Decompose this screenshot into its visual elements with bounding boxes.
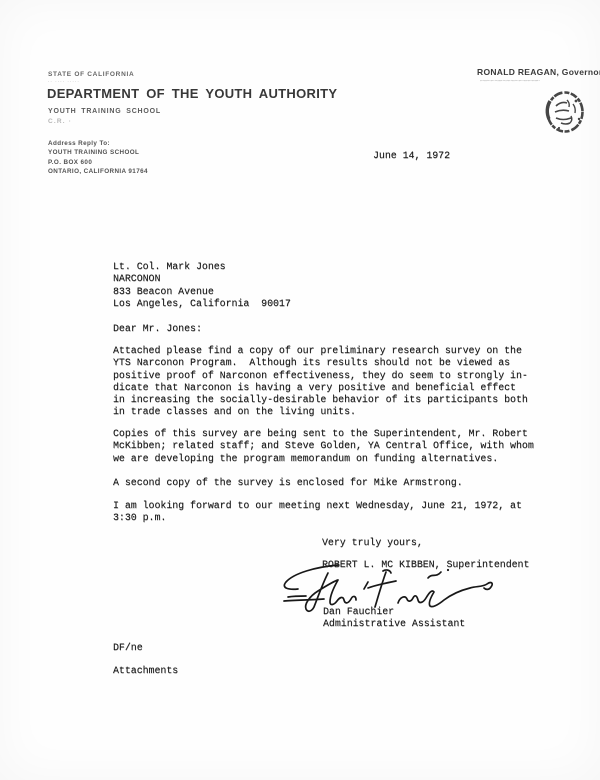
enclosure-note: Attachments — [113, 665, 178, 677]
body-paragraph-4: I am looking forward to our meeting next… — [113, 500, 522, 525]
signature-name: Dan Fauchier — [323, 606, 394, 618]
date-line: June 14, 1972 — [373, 150, 450, 162]
letterhead-state-line: STATE OF CALIFORNIA — [48, 71, 134, 78]
body-paragraph-1: Attached please find a copy of our preli… — [113, 345, 528, 419]
body-paragraph-2: Copies of this survey are being sent to … — [113, 428, 534, 465]
body-paragraph-3: A second copy of the survey is enclosed … — [113, 477, 463, 489]
valediction: Very truly yours, — [322, 537, 423, 549]
signature-title: Administrative Assistant — [323, 618, 465, 630]
letterhead-department-title: DEPARTMENT OF THE YOUTH AUTHORITY — [47, 86, 337, 101]
salutation: Dear Mr. Jones: — [113, 323, 202, 335]
typist-reference: DF/ne — [113, 642, 143, 654]
illegible-print-line: C.R. · — [48, 118, 72, 125]
recipient-address: Lt. Col. Mark Jones NARCONON 833 Beacon … — [113, 261, 291, 310]
illegible-print-line: ·· ···· ····· — [48, 79, 80, 84]
scanned-letter-page: STATE OF CALIFORNIA ·· ···· ····· DEPART… — [0, 0, 600, 780]
letterhead-school-line: YOUTH TRAINING SCHOOL — [48, 108, 161, 115]
letterhead-reply-address: Address Reply To: YOUTH TRAINING SCHOOL … — [48, 139, 148, 177]
state-seal-icon — [543, 88, 587, 136]
governor-line: RONALD REAGAN, Governor — [477, 67, 600, 77]
handwritten-signature — [280, 563, 510, 618]
illegible-print-line: ‐··‐‐···‐····‐‐‐···‐·‐··‐‐···‐···‐‐·‐··‐… — [480, 78, 540, 83]
